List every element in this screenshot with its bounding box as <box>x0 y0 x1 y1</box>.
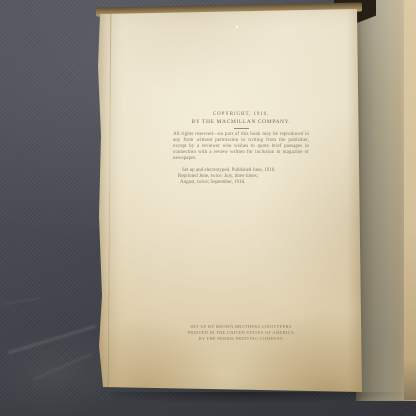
copyright-text-block: COPYRIGHT, 1916, BY THE MACMILLAN COMPAN… <box>173 112 309 186</box>
copyright-page: COPYRIGHT, 1916, BY THE MACMILLAN COMPAN… <box>96 6 366 396</box>
imprint-line: BY THE FERRIS PRINTING COMPANY <box>164 336 318 342</box>
printer-imprint: SET UP BY BROWN BROTHERS LINOTYPERS PRIN… <box>164 324 318 342</box>
rights-reserved-paragraph: All rights reserved—no part of this book… <box>173 132 309 163</box>
recto-page-edge <box>404 0 416 400</box>
printing-history: Set up and electrotyped. Published June,… <box>173 168 309 186</box>
copyright-year-line: COPYRIGHT, 1916, <box>173 112 309 117</box>
book-cast-shadow <box>110 392 410 408</box>
printing-history-line: August, twice; September, 1916. <box>180 180 309 186</box>
page-crease <box>108 12 112 388</box>
publisher-line: BY THE MACMILLAN COMPANY. <box>173 119 309 125</box>
paper-speck <box>236 26 238 28</box>
ornament-rule <box>234 128 249 129</box>
book-photograph: COPYRIGHT, 1916, BY THE MACMILLAN COMPAN… <box>0 0 416 416</box>
